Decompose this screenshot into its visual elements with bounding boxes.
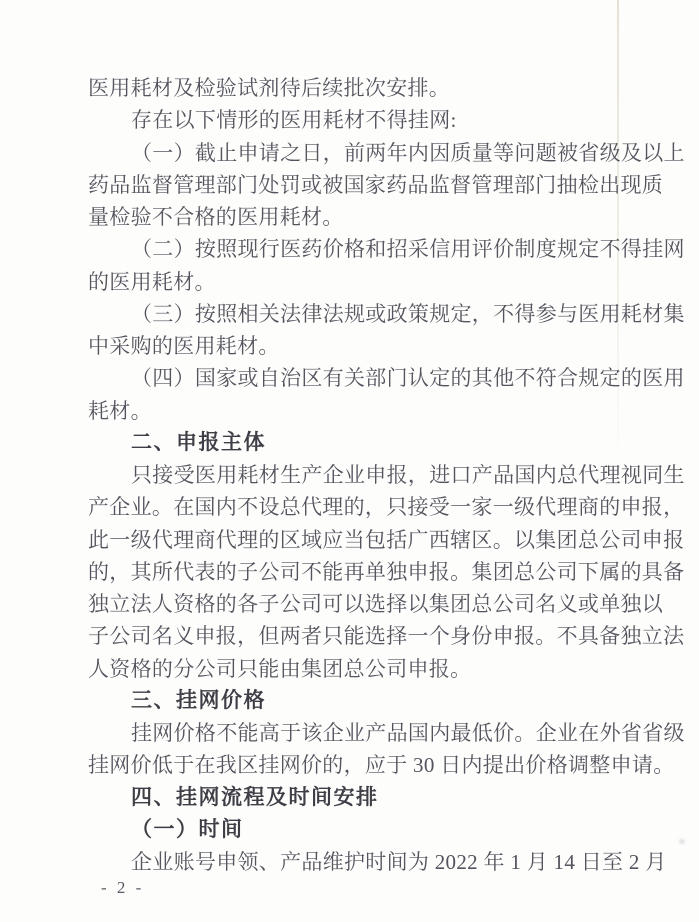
text-line: 子公司名义申报，但两者只能选择一个身份申报。不具备独立法: [88, 620, 639, 652]
text-line: 企业账号申领、产品维护时间为 2022 年 1 月 14 日至 2 月: [88, 846, 639, 878]
text-line: 产企业。在国内不设总代理的，只接受一家一级代理商的申报，: [88, 491, 639, 523]
document-body: 医用耗材及检验试剂待后续批次安排。存在以下情形的医用耗材不得挂网:（一）截止申请…: [88, 72, 639, 878]
text-line: （一）截止申请之日，前两年内因质量等问题被省级及以上: [88, 137, 639, 169]
text-line: 只接受医用耗材生产企业申报，进口产品国内总代理视同生: [88, 459, 639, 491]
document-page: 医用耗材及检验试剂待后续批次安排。存在以下情形的医用耗材不得挂网:（一）截止申请…: [0, 0, 699, 922]
text-line: （三）按照相关法律法规或政策规定，不得参与医用耗材集: [88, 298, 639, 330]
text-line: 挂网价格不能高于该企业产品国内最低价。企业在外省省级: [88, 717, 639, 749]
section-heading: 四、挂网流程及时间安排: [88, 782, 639, 814]
text-line: 挂网价低于在我区挂网价的，应于 30 日内提出价格调整申请。: [88, 749, 639, 781]
text-line: 量检验不合格的医用耗材。: [88, 201, 639, 233]
text-line: 人资格的分公司只能由集团总公司申报。: [88, 653, 639, 685]
text-line: 的医用耗材。: [88, 266, 639, 298]
page-number: - 2 -: [101, 877, 144, 899]
section-heading: 三、挂网价格: [88, 685, 639, 717]
text-line: 的，其所代表的子公司不能再单独申报。集团总公司下属的具备: [88, 556, 639, 588]
text-line: 独立法人资格的各子公司可以选择以集团总公司名义或单独以: [88, 588, 639, 620]
text-line: 医用耗材及检验试剂待后续批次安排。: [88, 72, 639, 104]
scan-speck-artifact: [679, 839, 685, 844]
section-heading: 二、申报主体: [88, 427, 639, 459]
text-line: （四）国家或自治区有关部门认定的其他不符合规定的医用: [88, 362, 639, 394]
text-line: 药品监督管理部门处罚或被国家药品监督管理部门抽检出现质: [88, 169, 639, 201]
text-line: 存在以下情形的医用耗材不得挂网:: [88, 104, 639, 136]
text-line: 中采购的医用耗材。: [88, 330, 639, 362]
section-heading: （一）时间: [88, 814, 639, 846]
text-line: 耗材。: [88, 395, 639, 427]
text-line: 此一级代理商代理的区域应当包括广西辖区。以集团总公司申报: [88, 524, 639, 556]
text-line: （二）按照现行医药价格和招采信用评价制度规定不得挂网: [88, 233, 639, 265]
